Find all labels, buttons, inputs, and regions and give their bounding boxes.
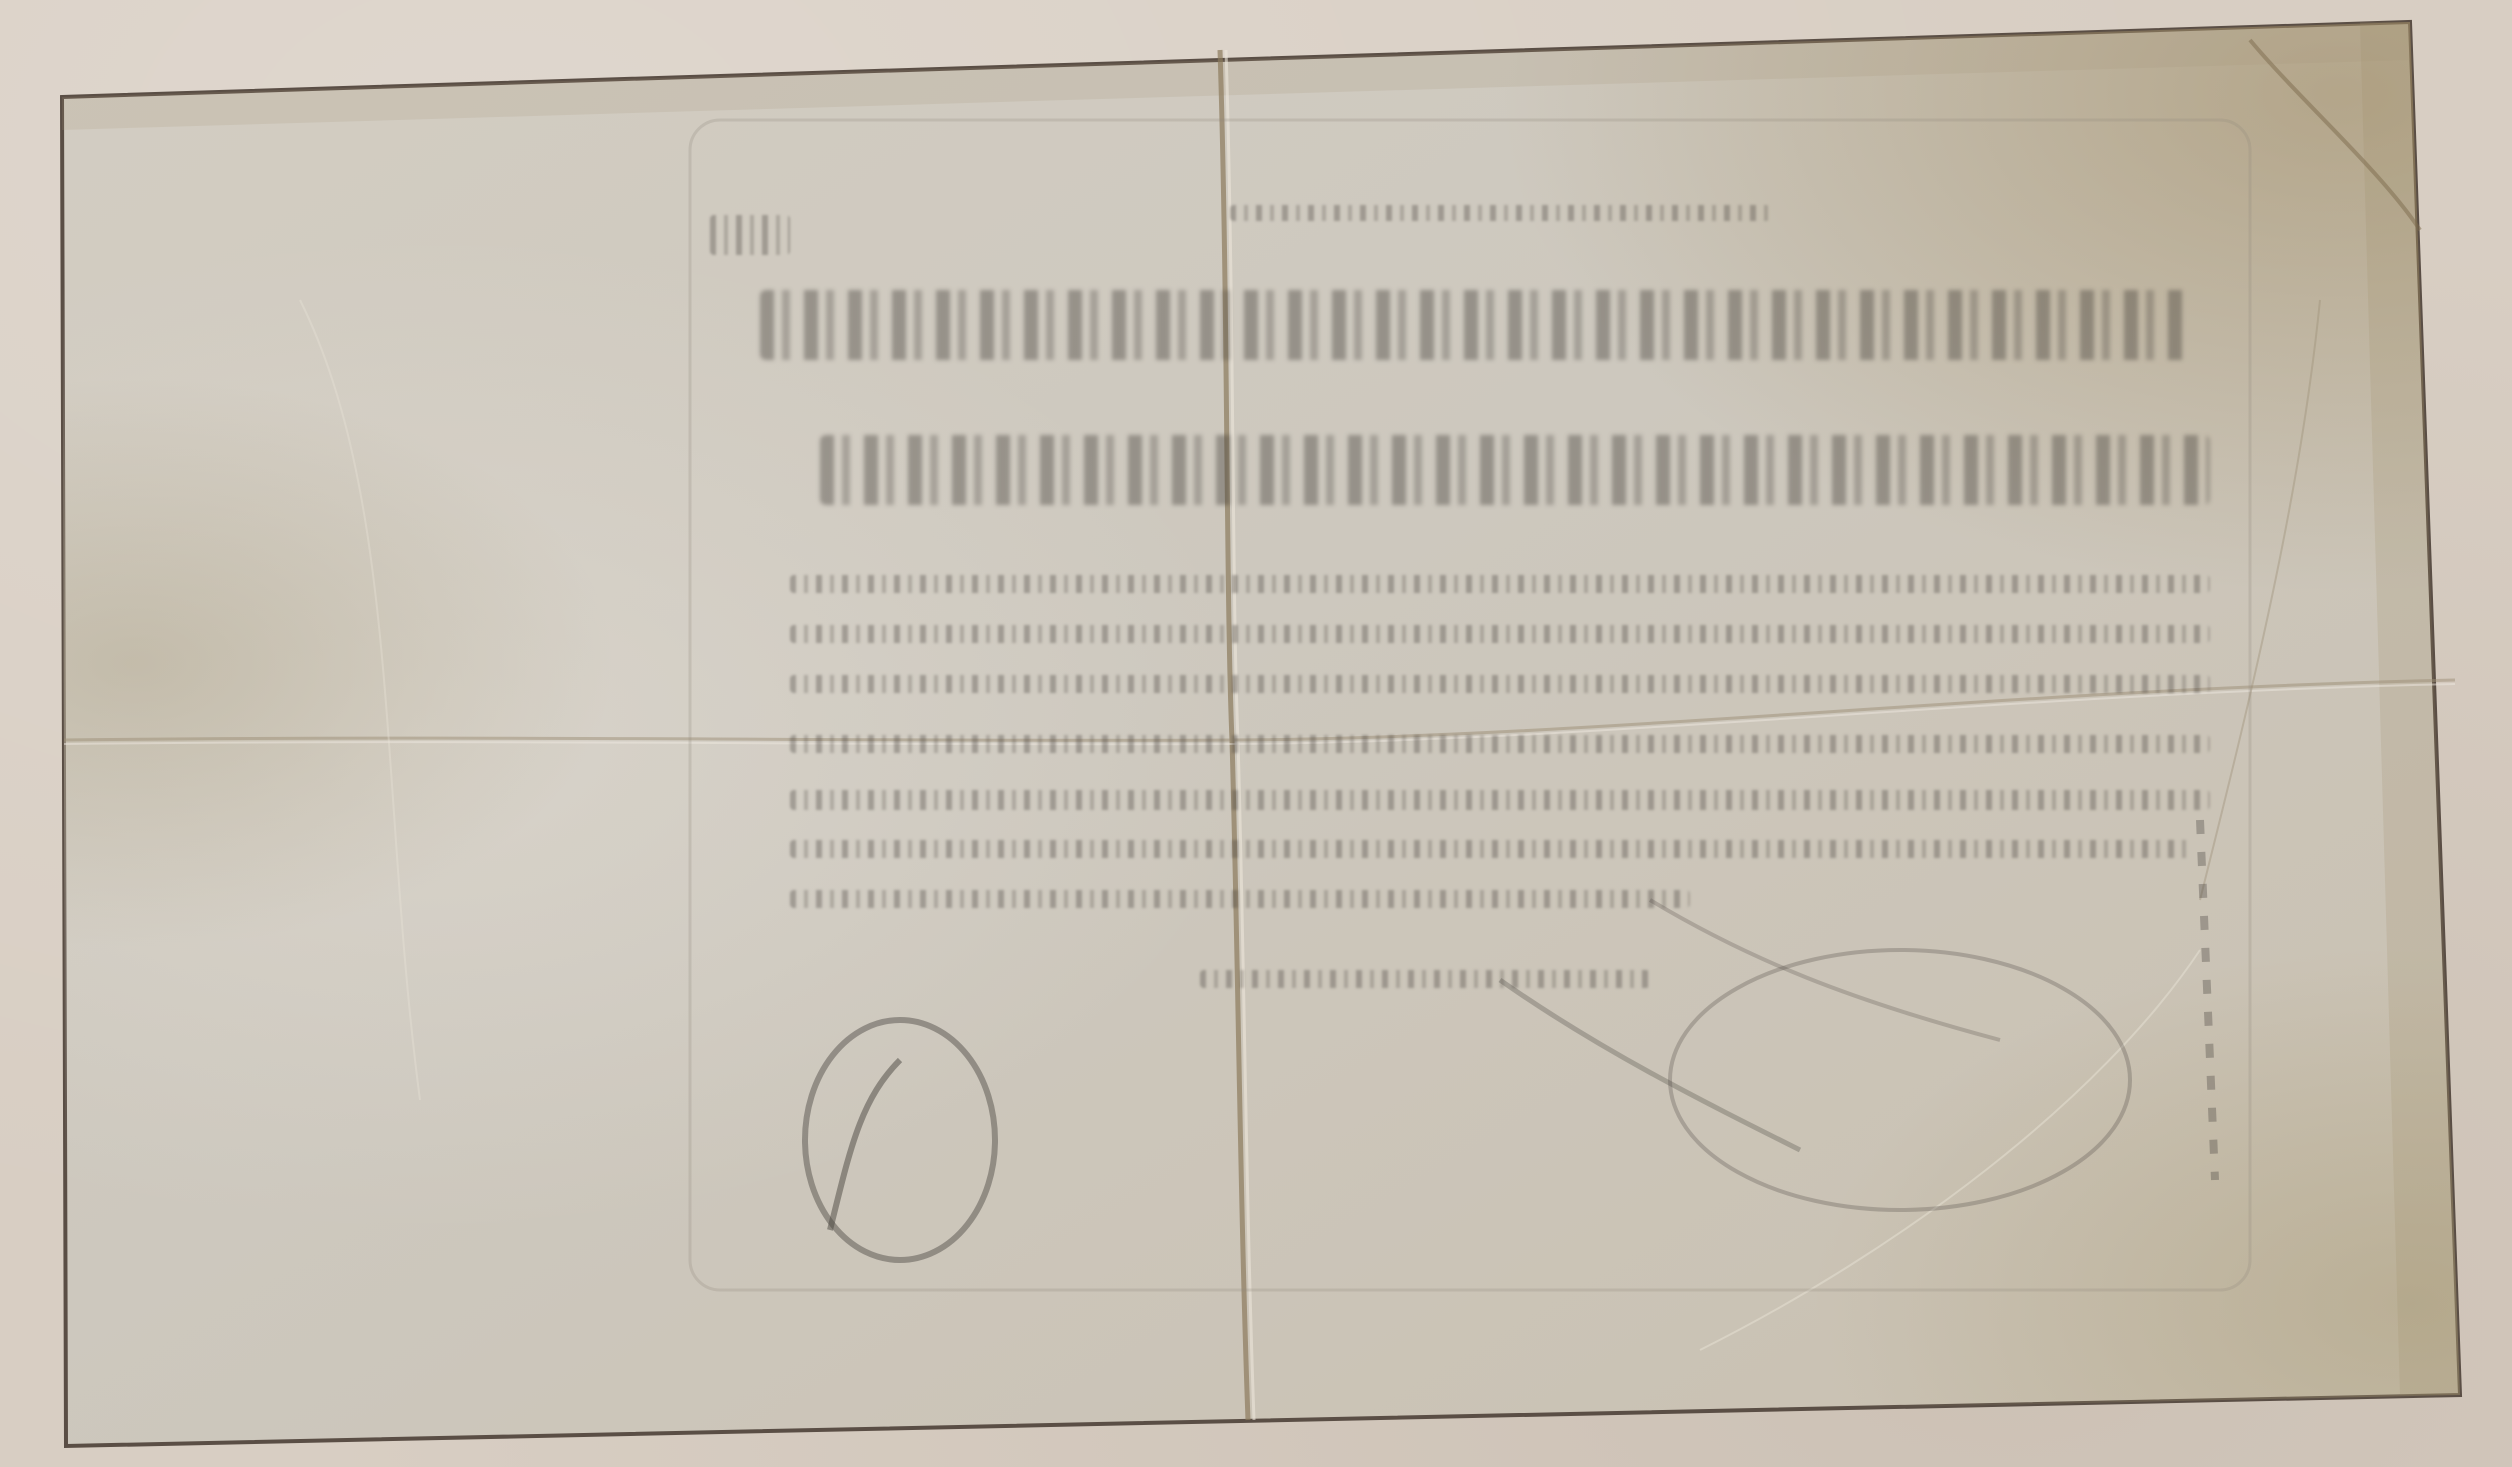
bleed-text-line	[790, 735, 2210, 753]
bleed-signature-line	[1200, 970, 1650, 988]
bleed-title-line-1	[760, 290, 2190, 360]
bleed-text-line	[790, 625, 2210, 643]
bleed-title-line-2	[820, 435, 2210, 505]
photo-scene	[0, 0, 2512, 1467]
bleed-text-line	[790, 790, 2210, 810]
bleed-text-line	[790, 840, 2190, 858]
banknote-reverse	[0, 0, 2512, 1467]
bleed-series-mark	[710, 215, 790, 255]
bleed-text-line	[790, 890, 1690, 908]
bleed-text-line	[790, 575, 2210, 593]
bleed-text-line	[790, 675, 2210, 693]
bleed-header-line	[1230, 205, 1770, 221]
